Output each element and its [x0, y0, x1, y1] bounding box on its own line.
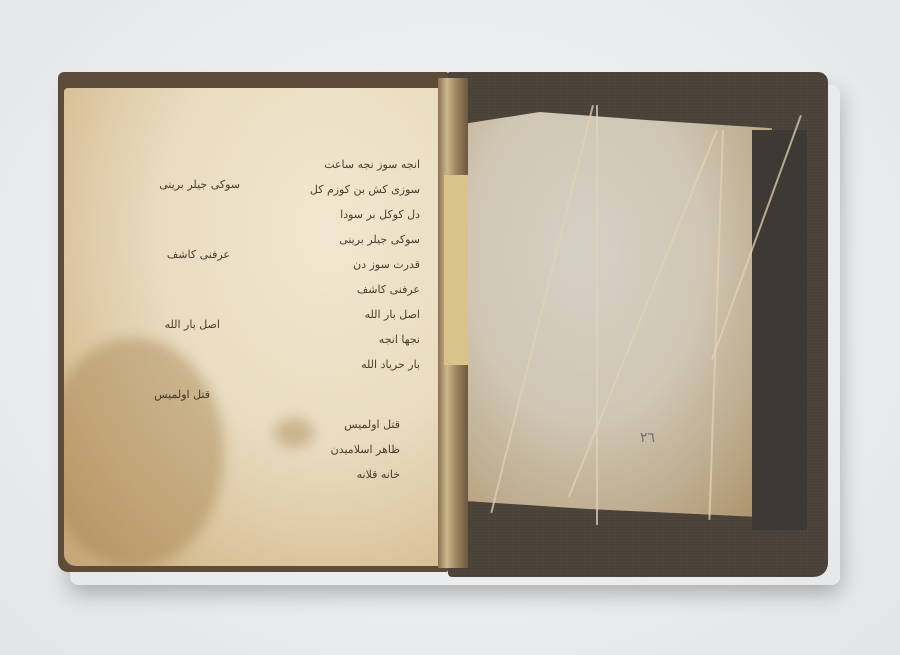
loose-thread [596, 105, 598, 525]
cloth-border [752, 130, 807, 530]
text-line: بار حریاد الله [361, 358, 420, 371]
margin-note: سوکی جیلر برینی [159, 178, 240, 191]
text-line: خانه قلانه [357, 468, 400, 481]
margin-note: عرفنی کاشف [167, 248, 230, 261]
text-line: ظاهر اسلامیدن [331, 443, 400, 456]
pencil-mark: ٢٦ [640, 430, 655, 446]
text-line: دل کوکل بر سودا [340, 208, 420, 221]
text-line: عرفنی کاشف [357, 283, 420, 296]
left-manuscript-page: انجه سوز نجه ساعت سوزی کش بن کوزم کل دل … [64, 88, 440, 566]
text-line: اصل بار الله [365, 308, 420, 321]
text-line: نجها انجه [379, 333, 420, 346]
paper-strip-fragment [444, 175, 468, 365]
margin-note: اصل بار الله [165, 318, 220, 331]
damaged-endpaper [462, 112, 772, 517]
text-line: قتل اولمیس [344, 418, 400, 431]
ink-spot [274, 418, 314, 448]
text-line: سوکی جیلر برینی [339, 233, 420, 246]
text-line: قدرت سوز دن [353, 258, 420, 271]
text-line: انجه سوز نجه ساعت [324, 158, 420, 171]
water-stain [64, 338, 224, 566]
margin-note: قتل اولمیس [154, 388, 210, 401]
text-line: سوزی کش بن کوزم کل [310, 183, 420, 196]
